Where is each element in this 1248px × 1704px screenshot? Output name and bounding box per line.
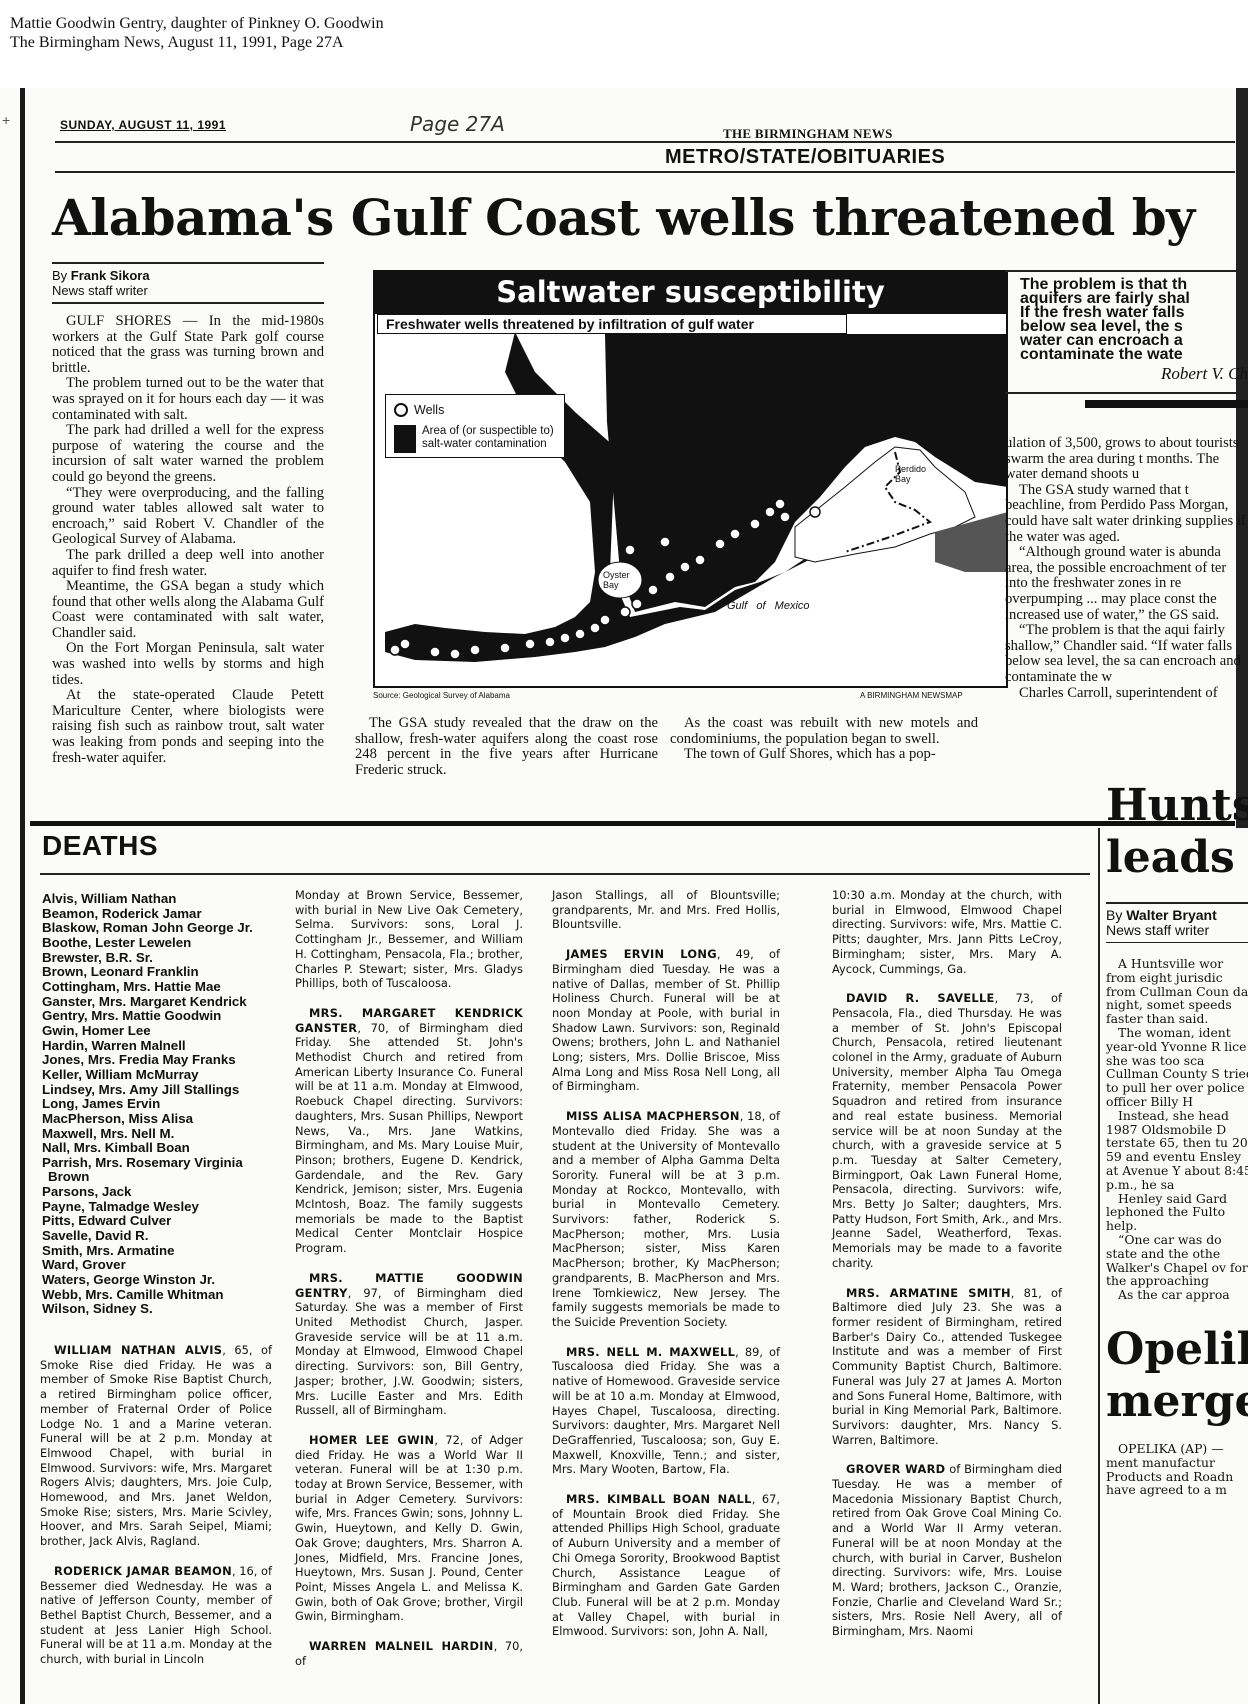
divider [52, 262, 324, 264]
obituary-maxwell: MRS. NELL M. MAXWELL, 89, of Tuscaloosa … [552, 1345, 780, 1477]
death-index-item: Smith, Mrs. Armatine [42, 1244, 253, 1259]
death-index-item: Beamon, Roderick Jamar [42, 907, 253, 922]
map-title: Saltwater susceptibility [375, 272, 1006, 314]
legend-wells-label: Wells [414, 403, 444, 417]
death-index-item: Savelle, David R. [42, 1229, 253, 1244]
obituary-text: Monday at Brown Service, Bessemer, with … [295, 888, 523, 991]
obituary-name: MRS. NELL M. MAXWELL [566, 1345, 735, 1359]
article-paragraph: GULF SHORES — In the mid-1980s workers a… [52, 314, 324, 376]
newspaper-page: + SUNDAY, AUGUST 11, 1991 Page 27A THE B… [0, 88, 1248, 1704]
obituary-text: , 70, of Birmingham died Friday. She att… [295, 1021, 523, 1256]
headline-line: Opelika [1106, 1324, 1248, 1376]
divider [1085, 400, 1248, 408]
map-source: Source: Geological Survey of Alabama [373, 691, 510, 700]
obituary-text: , 65, of Smoke Rise died Friday. He was … [40, 1343, 272, 1548]
story-paragraph: A Huntsville wor from eight jurisdic fro… [1106, 957, 1248, 1026]
story-headline: Opelika merges [1106, 1324, 1248, 1428]
obituary-name: DAVID R. SAVELLE [846, 991, 995, 1005]
article-paragraph: The town of Gulf Shores, which has a pop… [670, 747, 978, 763]
death-index-list: Alvis, William Nathan Beamon, Roderick J… [42, 892, 253, 1317]
article-paragraph: The park drilled a deep well into anothe… [52, 548, 324, 579]
obituary-text: , 73, of Pensacola, Fla., died Thursday.… [832, 991, 1062, 1270]
pull-quote-text: The problem is that th aquifers are fair… [1005, 272, 1248, 362]
death-index-item: Payne, Talmadge Wesley [42, 1200, 253, 1215]
headline-line: Hunts [1106, 780, 1248, 832]
story-paragraph: “One car was do state and the othe Walke… [1106, 1233, 1248, 1288]
death-index-item: Keller, William McMurray [42, 1068, 253, 1083]
story-paragraph: Henley said Gard lephoned the Fulto help… [1106, 1192, 1248, 1233]
obituary-text: , 18, of Montevallo died Friday. She was… [552, 1109, 780, 1329]
deaths-heading: DEATHS [42, 830, 158, 862]
death-index-item: Ward, Grover [42, 1258, 253, 1273]
obituary-name: GROVER WARD [846, 1462, 945, 1476]
obituary-text: of Birmingham died Tuesday. He was a mem… [832, 1462, 1062, 1638]
obituary-text: , 16, of Bessemer died Wednesday. He was… [40, 1564, 272, 1666]
divider [52, 302, 324, 304]
divider [1005, 392, 1248, 394]
obituary-hardin: WARREN MALNEIL HARDIN, 70, of [295, 1639, 523, 1668]
sidebar-stories: Hunts leads By Walter Bryant News staff … [1106, 780, 1248, 1497]
article-paragraph: ulation of 3,500, grows to about tourist… [1005, 436, 1248, 483]
death-index-item: Waters, George Winston Jr. [42, 1273, 253, 1288]
article-column-3: As the coast was rebuilt with new motels… [670, 716, 978, 763]
map-subtitle: Freshwater wells threatened by infiltrat… [377, 314, 847, 334]
column-divider [1098, 828, 1100, 1704]
obituary-name: WARREN MALNEIL HARDIN [309, 1639, 494, 1653]
death-index-item: Ganster, Mrs. Margaret Kendrick [42, 995, 253, 1010]
obituary-gwin: HOMER LEE GWIN, 72, of Adger died Friday… [295, 1433, 523, 1624]
death-index-item: Wilson, Sidney S. [42, 1302, 253, 1317]
margin-tick-mark: + [2, 112, 10, 128]
masthead-rule [55, 171, 1235, 173]
masthead-rule [55, 141, 1235, 143]
byline-author: Frank Sikora [71, 268, 150, 283]
gulf-of-mexico-label: Gulf of Mexico [727, 600, 810, 612]
death-index-item: Gentry, Mrs. Mattie Goodwin [42, 1009, 253, 1024]
article-paragraph: The GSA study warned that t beachline, f… [1005, 483, 1248, 545]
article-paragraph: “They were overproducing, and the fallin… [52, 486, 324, 548]
obituary-lindsey-continued: Jason Stallings, all of Blountsville; gr… [552, 888, 780, 932]
masthead-paper-name: THE BIRMINGHAM NEWS [723, 126, 893, 142]
death-index-item: Cottingham, Mrs. Hattie Mae [42, 980, 253, 995]
article-headline: Alabama's Gulf Coast wells threatened by [52, 188, 1195, 247]
death-index-item: Brewster, B.R. Sr. [42, 951, 253, 966]
death-index-item: Brown, Leonard Franklin [42, 965, 253, 980]
legend-wells: Wells [394, 403, 444, 417]
obituary-column-1: WILLIAM NATHAN ALVIS, 65, of Smoke Rise … [40, 1343, 272, 1682]
masthead: SUNDAY, AUGUST 11, 1991 Page 27A THE BIR… [55, 88, 1248, 176]
map-credit: A BIRMINGHAM NEWSMAP [860, 691, 963, 700]
pull-quote-attribution: Robert V. Ch [1005, 362, 1248, 392]
obituary-name: JAMES ERVIN LONG [566, 947, 717, 961]
death-index-item: Pitts, Edward Culver [42, 1214, 253, 1229]
obituary-text: , 81, of Baltimore died July 23. She was… [832, 1286, 1062, 1447]
article-column-4: ulation of 3,500, grows to about tourist… [1005, 436, 1248, 701]
byline-author: Walter Bryant [1126, 907, 1217, 923]
headline-line: merges [1106, 1376, 1248, 1428]
obituary-name: MRS. KIMBALL BOAN NALL [566, 1492, 752, 1506]
obituary-column-2: Monday at Brown Service, Bessemer, with … [295, 888, 523, 1683]
pull-quote: The problem is that th aquifers are fair… [1005, 270, 1248, 408]
obituary-ward: GROVER WARD of Birmingham died Tuesday. … [832, 1462, 1062, 1638]
obituary-text: , 89, of Tuscaloosa died Friday. She was… [552, 1345, 780, 1477]
byline-role: News staff writer [52, 283, 148, 298]
obituary-name: HOMER LEE GWIN [309, 1433, 434, 1447]
obituary-name: MRS. ARMATINE SMITH [846, 1286, 1011, 1300]
legend-area-label: Area of (or suspectible to) salt-water c… [422, 425, 562, 451]
obituary-alvis: WILLIAM NATHAN ALVIS, 65, of Smoke Rise … [40, 1343, 272, 1549]
story-body: OPELIKA (AP) — ment manufactur Products … [1106, 1442, 1248, 1497]
story-headline: Hunts leads [1106, 780, 1248, 884]
article-paragraph: The GSA study revealed that the draw on … [355, 716, 658, 778]
story-paragraph: Instead, she head 1987 Oldsmobile D ters… [1106, 1109, 1248, 1192]
obituary-name: MISS ALISA MACPHERSON [566, 1109, 740, 1123]
obituary-beamon: RODERICK JAMAR BEAMON, 16, of Bessemer d… [40, 1564, 272, 1667]
article-paragraph: On the Fort Morgan Peninsula, salt water… [52, 641, 324, 688]
handwritten-page-note: Page 27A [410, 112, 505, 136]
well-circle-icon [394, 403, 408, 417]
article-paragraph: At the state-operated Claude Petett Mari… [52, 688, 324, 766]
death-index-item: Alvis, William Nathan [42, 892, 253, 907]
obituary-macpherson: MISS ALISA MACPHERSON, 18, of Montevallo… [552, 1109, 780, 1330]
death-index-item: Parrish, Mrs. Rosemary Virginia [42, 1156, 253, 1171]
archive-caption: Mattie Goodwin Gentry, daughter of Pinkn… [10, 14, 384, 52]
contamination-swatch-icon [394, 425, 416, 453]
obituary-ganster: MRS. MARGARET KENDRICK GANSTER, 70, of B… [295, 1006, 523, 1256]
obituary-gentry: MRS. MATTIE GOODWIN GENTRY, 97, of Birmi… [295, 1271, 523, 1418]
death-index-item: Parsons, Jack [42, 1185, 253, 1200]
article-paragraph: As the coast was rebuilt with new motels… [670, 716, 978, 747]
caption-line-2: The Birmingham News, August 11, 1991, Pa… [10, 33, 384, 52]
story-body: A Huntsville wor from eight jurisdic fro… [1106, 957, 1248, 1302]
legend-area: Area of (or suspectible to) salt-water c… [394, 425, 562, 453]
obituary-column-3: Jason Stallings, all of Blountsville; gr… [552, 888, 780, 1654]
obituary-text: , 97, of Birmingham died Saturday. She w… [295, 1286, 523, 1418]
article-paragraph: “Although ground water is abunda area, t… [1005, 545, 1248, 623]
obituary-savelle: DAVID R. SAVELLE, 73, of Pensacola, Fla.… [832, 991, 1062, 1270]
obituary-text: , 67, of Mountain Brook died Friday. She… [552, 1492, 780, 1638]
masthead-date: SUNDAY, AUGUST 11, 1991 [60, 118, 226, 132]
caption-line-1: Mattie Goodwin Gentry, daughter of Pinkn… [10, 14, 384, 33]
obituary-pitts-continued: 10:30 a.m. Monday at the church, with bu… [832, 888, 1062, 976]
map-legend: Wells Area of (or suspectible to) salt-w… [385, 394, 565, 458]
left-scan-edge [20, 88, 25, 1704]
obituary-smith: MRS. ARMATINE SMITH, 81, of Baltimore di… [832, 1286, 1062, 1448]
obituary-nall: MRS. KIMBALL BOAN NALL, 67, of Mountain … [552, 1492, 780, 1639]
story-byline: By Walter Bryant News staff writer [1106, 902, 1248, 943]
section-title: METRO/STATE/OBITUARIES [665, 146, 945, 169]
article-paragraph: Meantime, the GSA began a study which fo… [52, 579, 324, 641]
article-column-1: By Frank Sikora News staff writer GULF S… [52, 258, 324, 766]
death-index-item: Nall, Mrs. Kimball Boan [42, 1141, 253, 1156]
obituary-name: RODERICK JAMAR BEAMON [54, 1564, 232, 1578]
story-paragraph: As the car approa [1106, 1288, 1248, 1302]
byline: By Frank Sikora News staff writer [52, 268, 324, 298]
death-index-item: MacPherson, Miss Alisa [42, 1112, 253, 1127]
section-divider [30, 821, 1235, 826]
death-index-item: Boothe, Lester Lewelen [42, 936, 253, 951]
headline-line: leads [1106, 832, 1248, 884]
story-paragraph: OPELIKA (AP) — ment manufactur Products … [1106, 1442, 1248, 1497]
article-column-2: The GSA study revealed that the draw on … [355, 716, 658, 778]
obituary-long: JAMES ERVIN LONG, 49, of Birmingham died… [552, 947, 780, 1094]
death-index-item: Webb, Mrs. Camille Whitman [42, 1288, 253, 1303]
saltwater-map: Saltwater susceptibility Freshwater well… [373, 270, 1008, 688]
death-index-item: Gwin, Homer Lee [42, 1024, 253, 1039]
obituary-name: WILLIAM NATHAN ALVIS [54, 1343, 222, 1357]
oyster-bay-label: Oyster Bay [603, 570, 639, 590]
perdido-bay-label: Perdido Bay [895, 464, 935, 484]
obituary-text: , 49, of Birmingham died Tuesday. He was… [552, 947, 780, 1093]
death-index-item: Hardin, Warren Malnell [42, 1039, 253, 1054]
story-paragraph: The woman, ident year-old Yvonne R lice … [1106, 1026, 1248, 1109]
death-index-item: Maxwell, Mrs. Nell M. [42, 1127, 253, 1142]
article-paragraph: The park had drilled a well for the expr… [52, 423, 324, 485]
article-paragraph: The problem turned out to be the water t… [52, 376, 324, 423]
pull-quote-line: contaminate the wate [1020, 348, 1248, 362]
obituary-text: , 72, of Adger died Friday. He was a Wor… [295, 1433, 523, 1623]
article-paragraph: Charles Carroll, superintendent of [1005, 686, 1248, 702]
obituary-column-4: 10:30 a.m. Monday at the church, with bu… [832, 888, 1062, 1654]
death-index-item: Lindsey, Mrs. Amy Jill Stallings [42, 1083, 253, 1098]
death-index-item: Brown [42, 1170, 253, 1185]
article-paragraph: “The problem is that the aqui fairly sha… [1005, 623, 1248, 685]
divider [40, 873, 1090, 875]
obituary-text: 10:30 a.m. Monday at the church, with bu… [832, 888, 1062, 976]
byline-role: News staff writer [1106, 922, 1209, 938]
obituary-text: Jason Stallings, all of Blountsville; gr… [552, 888, 780, 932]
death-index-item: Jones, Mrs. Fredia May Franks [42, 1053, 253, 1068]
death-index-item: Long, James Ervin [42, 1097, 253, 1112]
obituary-cottingham-continued: Monday at Brown Service, Bessemer, with … [295, 888, 523, 991]
death-index-item: Blaskow, Roman John George Jr. [42, 921, 253, 936]
